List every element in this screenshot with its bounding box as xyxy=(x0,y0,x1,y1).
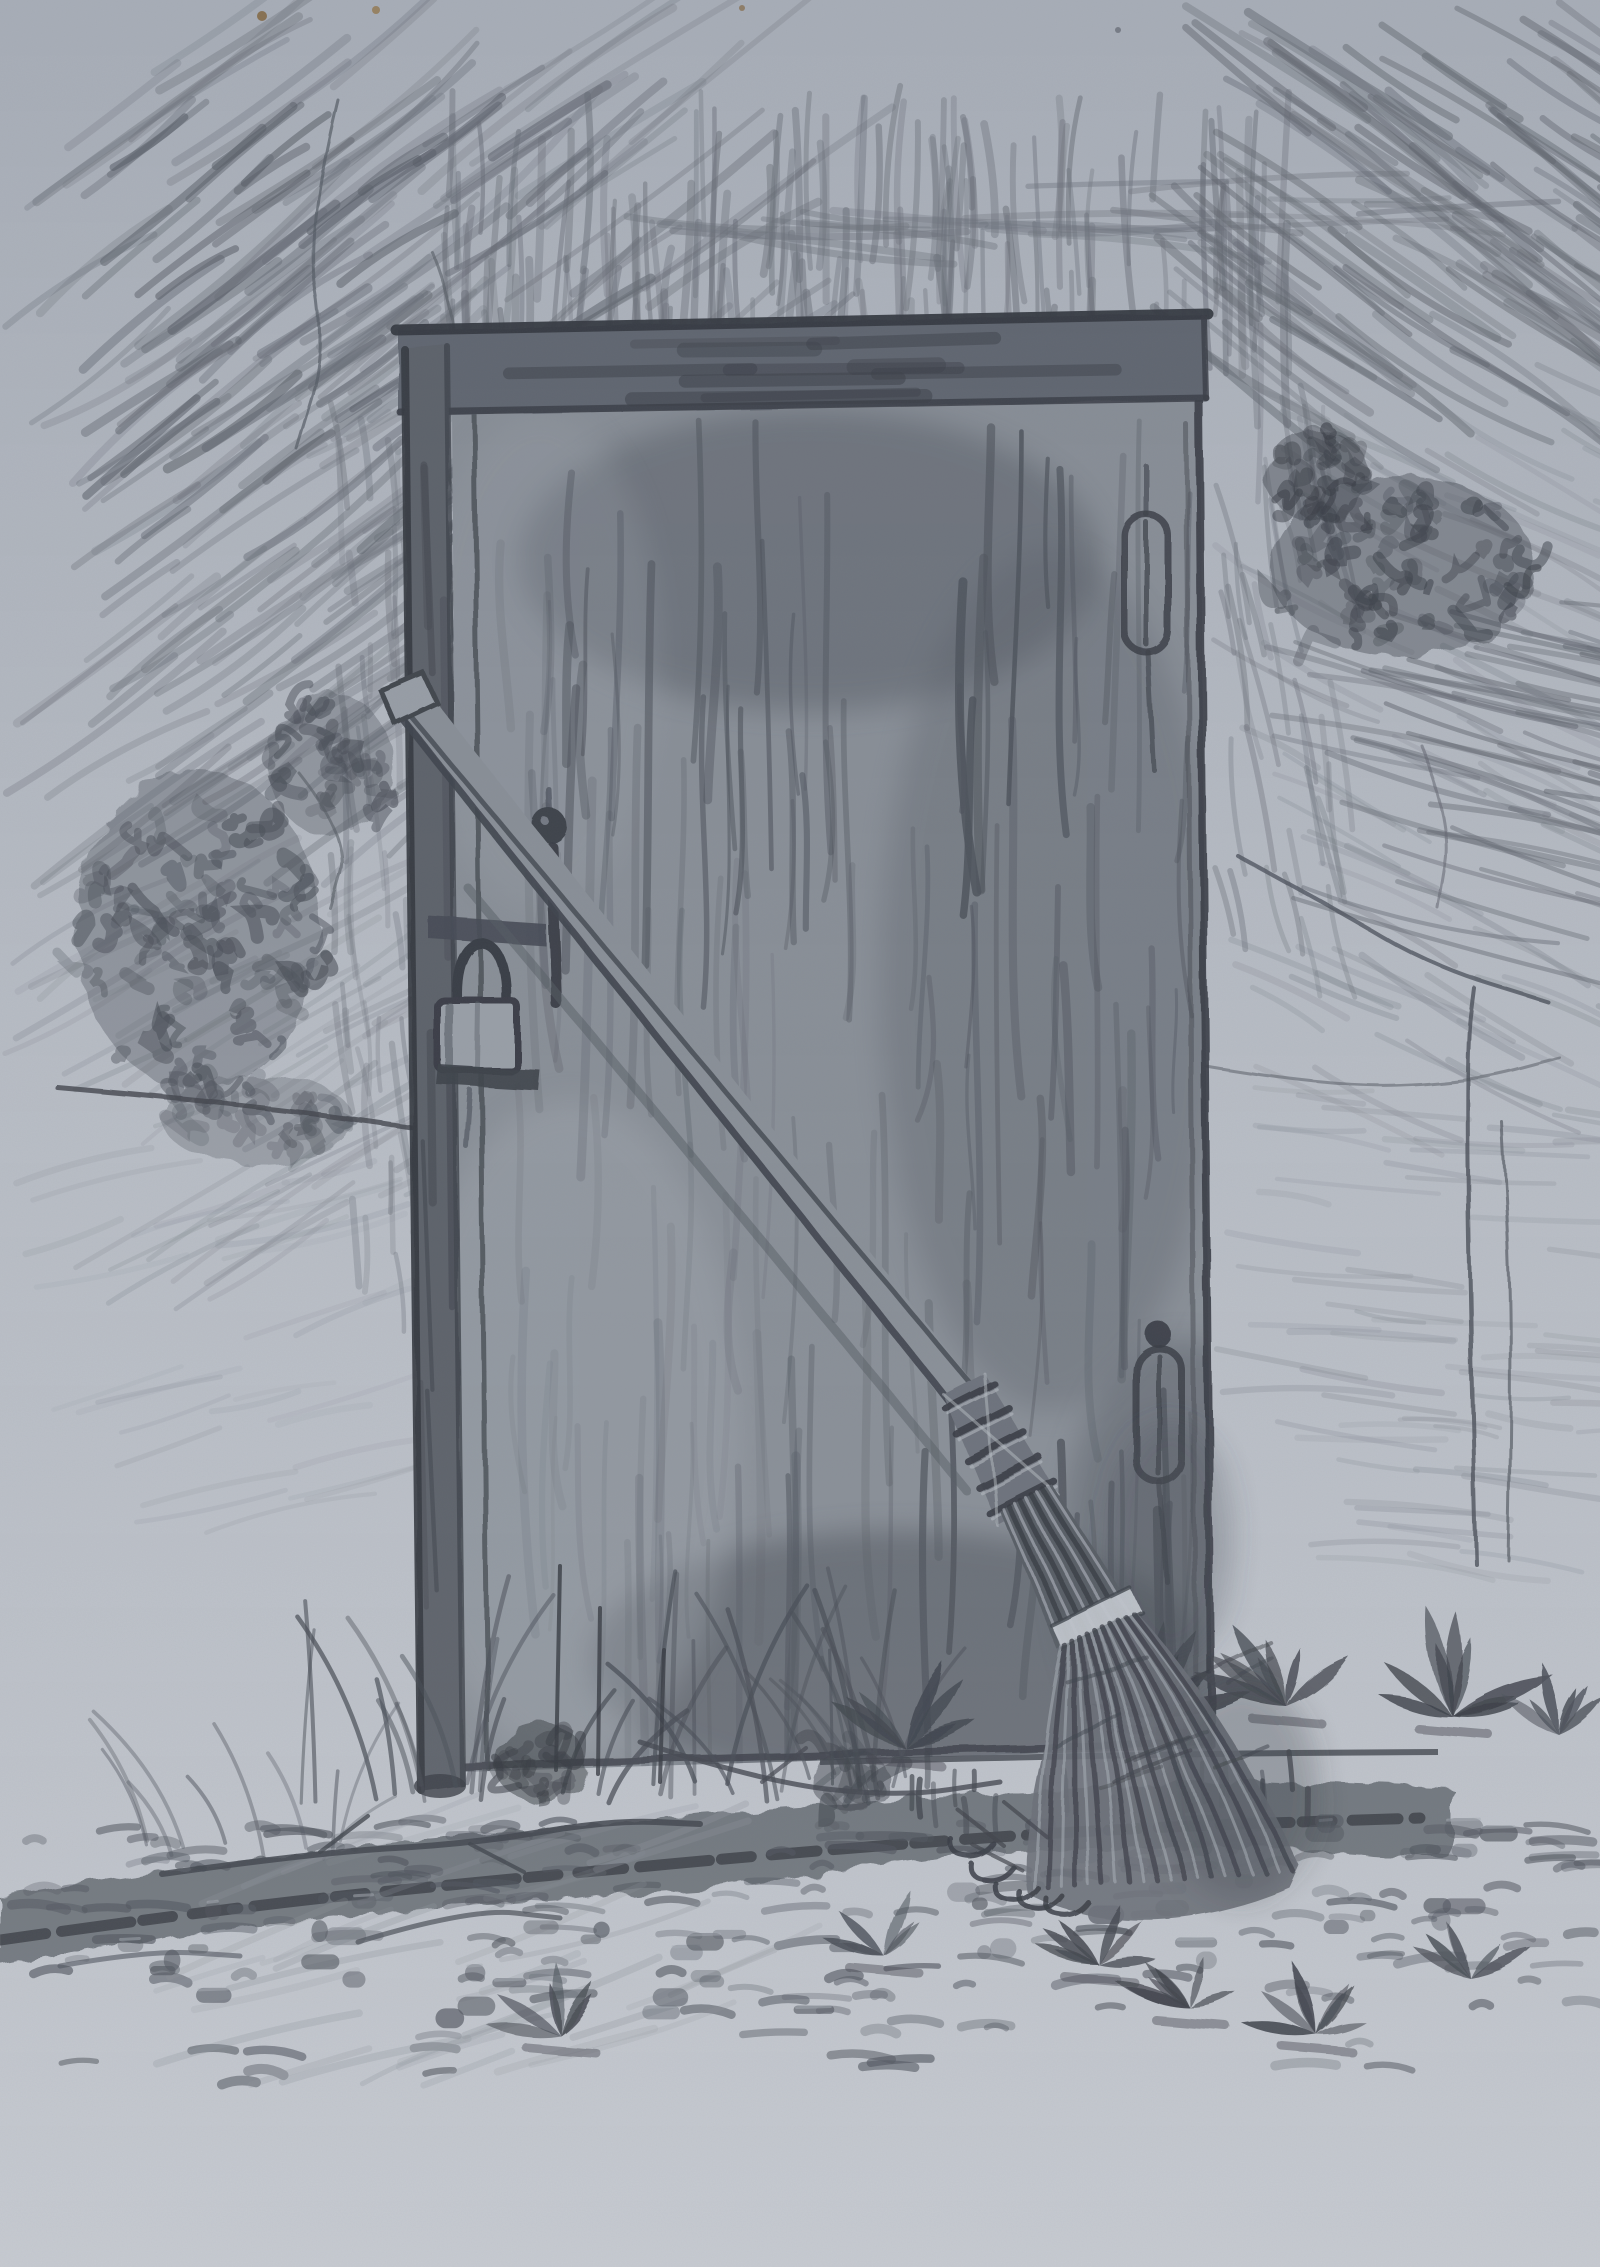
sketch-canvas xyxy=(0,0,1600,2267)
pencil-sketch-figure xyxy=(0,0,1600,2267)
paper-grain-overlay xyxy=(0,0,1600,2267)
